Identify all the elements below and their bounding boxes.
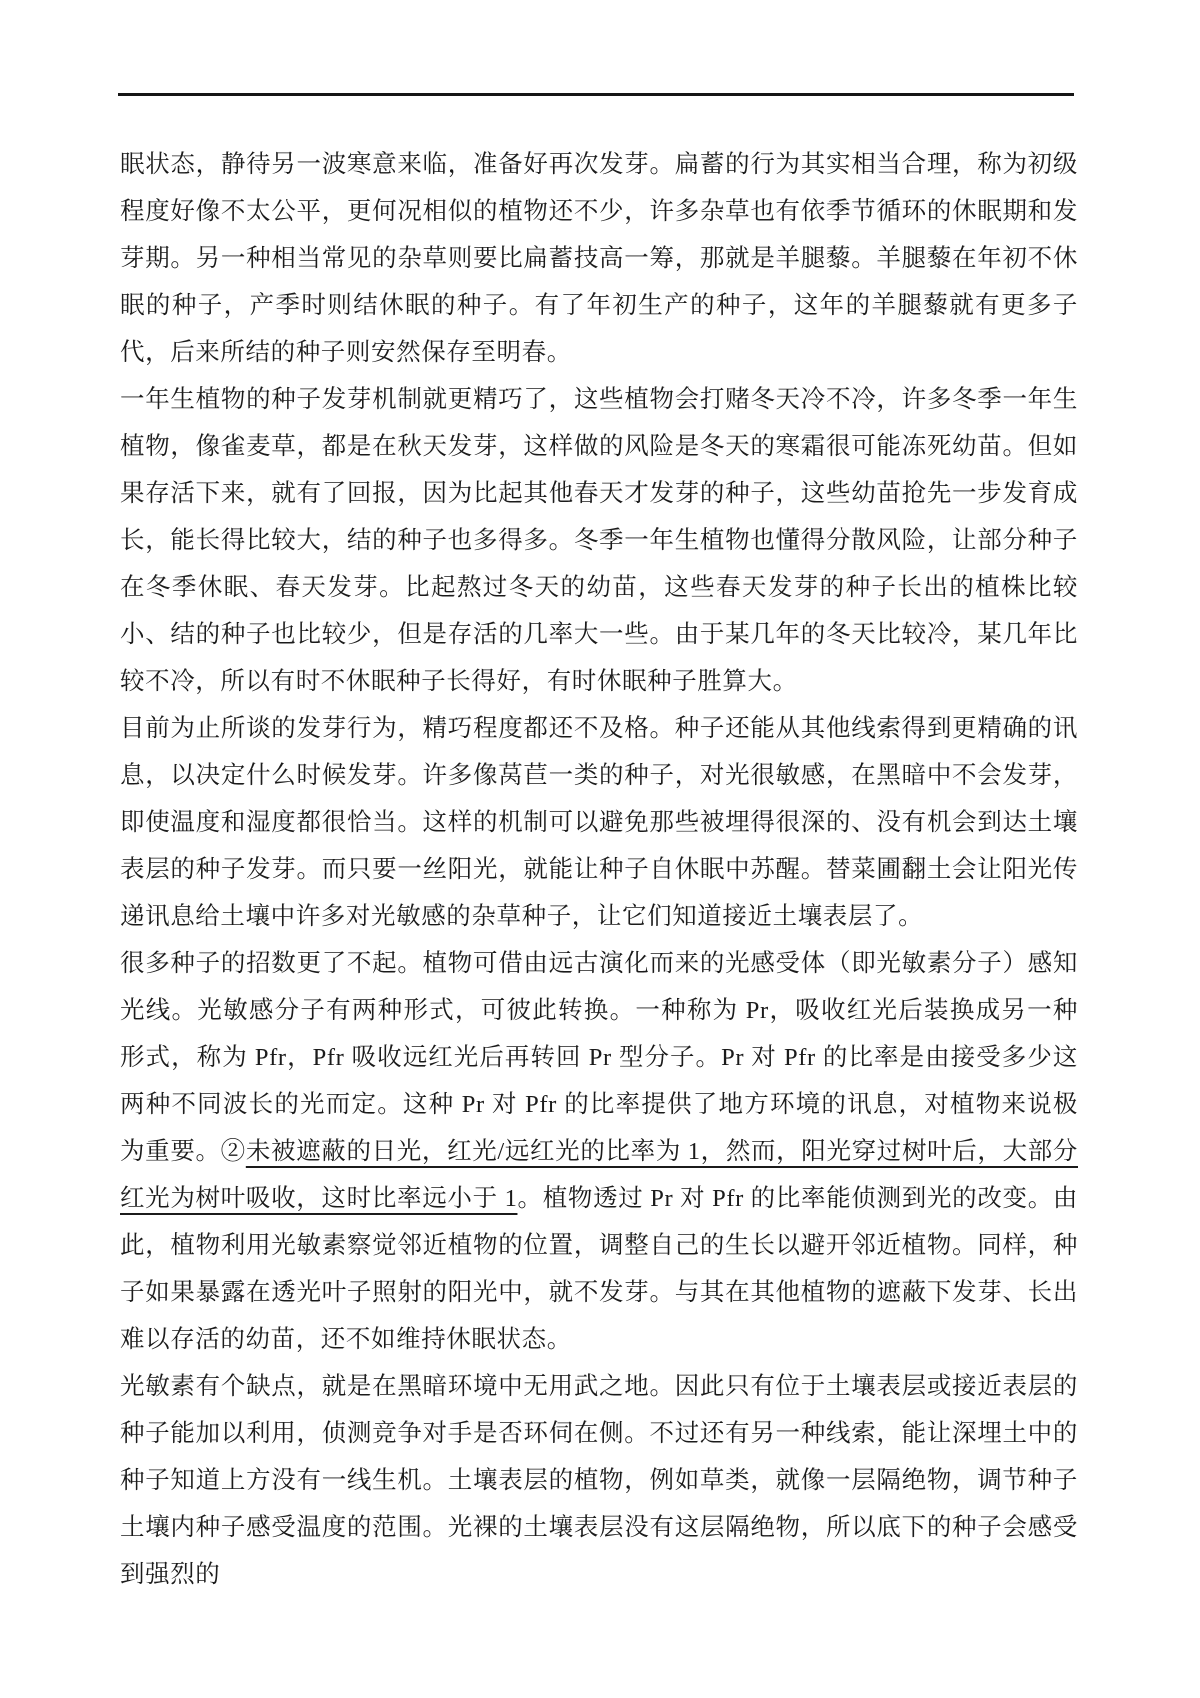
footnote-marker-circled-2: ② xyxy=(221,1138,246,1165)
paragraph-4-text-before: 很多种子的招数更了不起。植物可借由远古演化而来的光感受体（即光敏素分子）感知光线… xyxy=(120,950,1078,1165)
body-text: 眠状态，静待另一波寒意来临，准备好再次发芽。扁蓄的行为其实相当合理，称为初级程度… xyxy=(120,141,1078,1598)
paragraph-4: 很多种子的招数更了不起。植物可借由远古演化而来的光感受体（即光敏素分子）感知光线… xyxy=(120,940,1078,1363)
paragraph-2: 一年生植物的种子发芽机制就更精巧了，这些植物会打赌冬天冷不冷，许多冬季一年生植物… xyxy=(120,376,1078,705)
document-page: 眠状态，静待另一波寒意来临，准备好再次发芽。扁蓄的行为其实相当合理，称为初级程度… xyxy=(0,0,1200,1698)
header-divider-rule xyxy=(118,93,1074,96)
paragraph-5: 光敏素有个缺点，就是在黑暗环境中无用武之地。因此只有位于土壤表层或接近表层的种子… xyxy=(120,1363,1078,1598)
paragraph-3: 目前为止所谈的发芽行为，精巧程度都还不及格。种子还能从其他线索得到更精确的讯息，… xyxy=(120,705,1078,940)
paragraph-1: 眠状态，静待另一波寒意来临，准备好再次发芽。扁蓄的行为其实相当合理，称为初级程度… xyxy=(120,141,1078,376)
